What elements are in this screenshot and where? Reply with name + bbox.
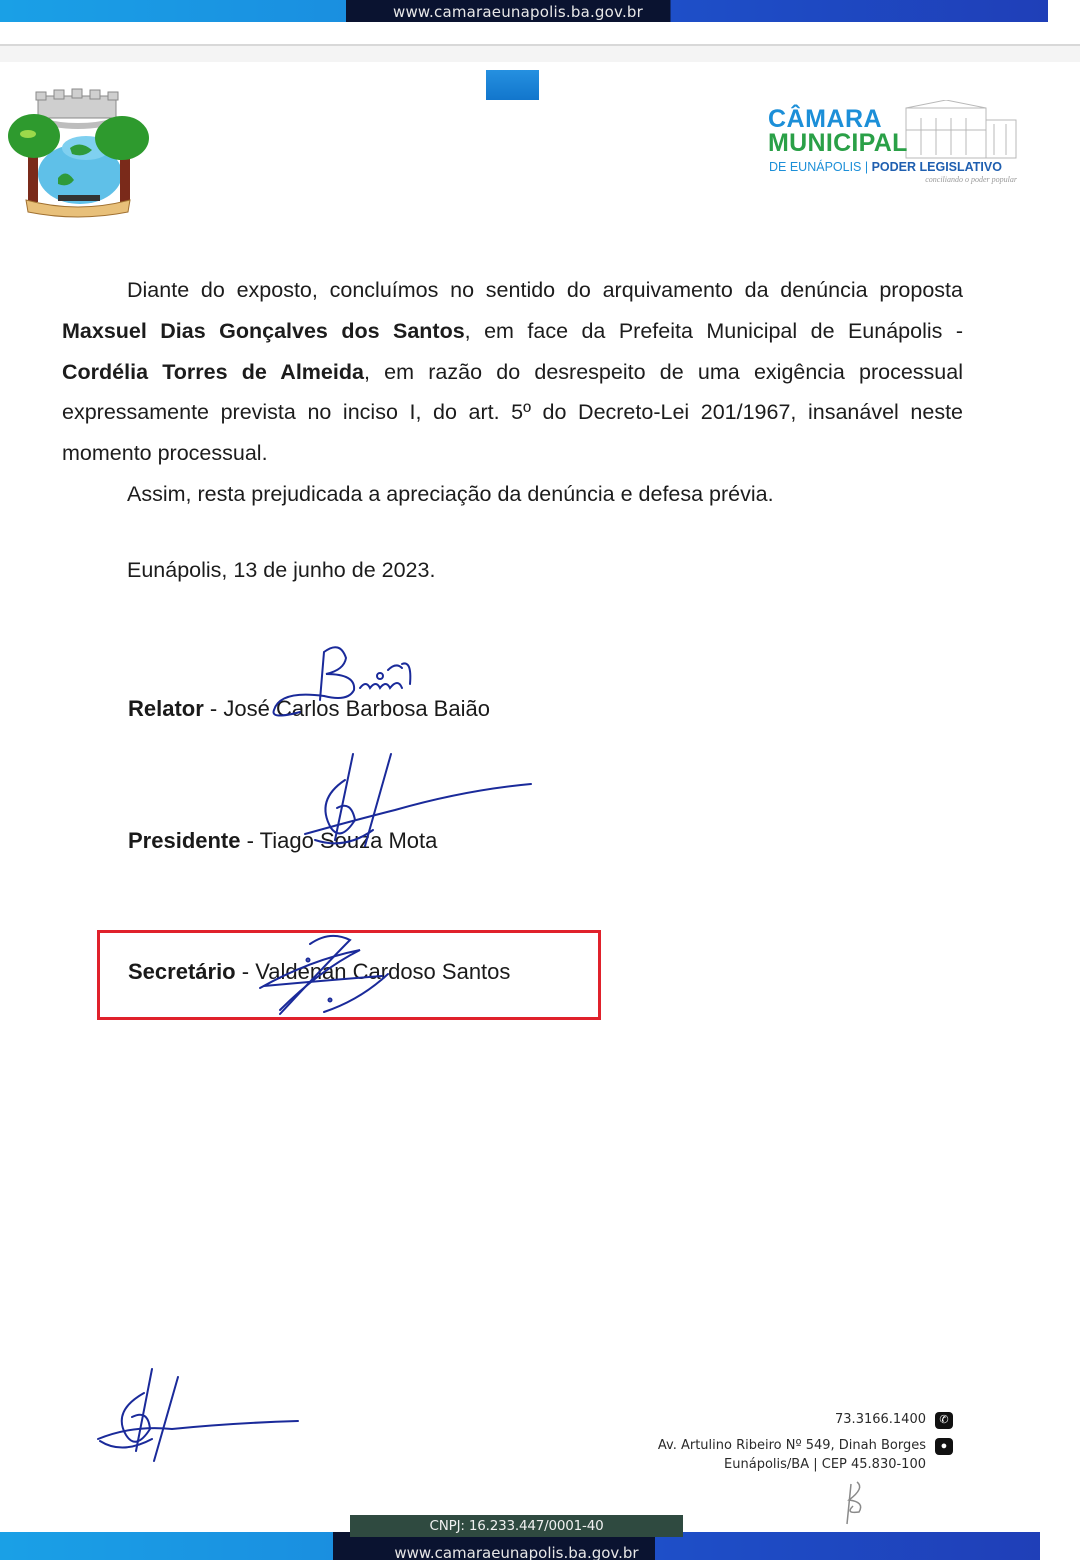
paragraph-assim: Assim, resta prejudicada a apreciação da… — [62, 474, 963, 515]
logo-line-subtitle: DE EUNÁPOLIS | PODER LEGISLATIVO — [769, 160, 1002, 174]
signatory-name: José Carlos Barbosa Baião — [223, 696, 490, 721]
document-body: Diante do exposto, concluímos no sentido… — [62, 270, 963, 515]
footer-address-line2: Eunápolis/BA | CEP 45.830-100 — [724, 1457, 926, 1472]
phone-icon: ✆ — [935, 1412, 953, 1429]
signatory-role: Presidente — [128, 828, 241, 853]
map-pin-icon: ● — [935, 1438, 953, 1455]
footer-address-line1: Av. Artulino Ribeiro Nº 549, Dinah Borge… — [658, 1438, 926, 1453]
text-run: , em face da Prefeita Municipal de Eunáp… — [465, 319, 963, 343]
page-gap — [0, 46, 1080, 62]
highlight-annotation-box — [97, 930, 601, 1020]
signatory-role: Relator — [128, 696, 204, 721]
complainant-name: Maxsuel Dias Gonçalves dos Santos — [62, 319, 465, 343]
signatory-presidente: Presidente - Tiago Souza Mota — [128, 828, 437, 854]
header-accent-mark — [486, 70, 539, 100]
signatory-name: Tiago Souza Mota — [260, 828, 438, 853]
text-run: Diante do exposto, concluímos no sentido… — [127, 278, 963, 302]
initials-signature-icon — [92, 1365, 302, 1470]
respondent-name: Cordélia Torres de Almeida — [62, 360, 364, 384]
coat-of-arms-icon — [8, 88, 150, 220]
logo-line-municipal: MUNICIPAL — [768, 129, 908, 158]
footer-website-url: www.camaraeunapolis.ba.gov.br — [350, 1544, 683, 1560]
paragraph-conclusion: Diante do exposto, concluímos no sentido… — [62, 270, 963, 474]
footer-cnpj: CNPJ: 16.233.447/0001-40 — [350, 1515, 683, 1537]
separator: - — [204, 696, 224, 721]
camara-municipal-logo: CÂMARA MUNICIPAL DE EUNÁPOLIS | PODER LE… — [768, 100, 1023, 190]
document-date: Eunápolis, 13 de junho de 2023. — [127, 558, 435, 583]
signatory-relator: Relator - José Carlos Barbosa Baião — [128, 696, 490, 722]
previous-page-footer-strip: www.camaraeunapolis.ba.gov.br — [0, 0, 1048, 22]
logo-city: DE EUNÁPOLIS | — [769, 160, 872, 174]
logo-branch: PODER LEGISLATIVO — [872, 160, 1002, 174]
rubric-mark-icon — [835, 1478, 875, 1528]
website-url: www.camaraeunapolis.ba.gov.br — [346, 3, 690, 21]
separator: - — [241, 828, 260, 853]
footer-phone: 73.3166.1400 — [835, 1412, 926, 1427]
logo-tagline: conciliando o poder popular — [925, 175, 1017, 184]
